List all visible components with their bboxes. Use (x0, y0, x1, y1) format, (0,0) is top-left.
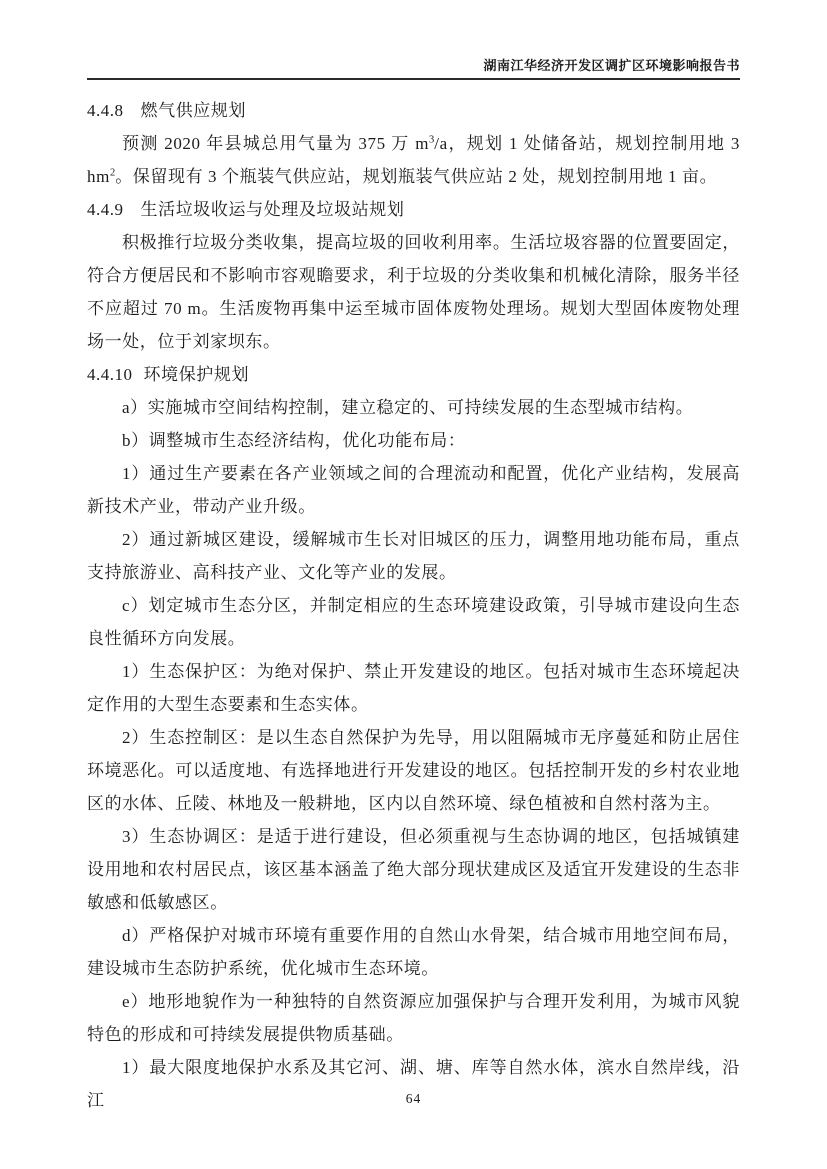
section-number: 4.4.10 (87, 365, 133, 384)
page-number: 64 (0, 1091, 827, 1107)
section-heading-4-4-8: 4.4.8燃气供应规划 (87, 94, 740, 127)
paragraph-item-a: a）实施城市空间结构控制，建立稳定的、可持续发展的生态型城市结构。 (87, 391, 740, 424)
paragraph-item-c-1: 1）生态保护区：为绝对保护、禁止开发建设的地区。包括对城市生态环境起决定作用的大… (87, 655, 740, 721)
section-number: 4.4.8 (87, 101, 124, 120)
paragraph-item-e-1: 1）最大限度地保护水系及其它河、湖、塘、库等自然水体，滨水自然岸线，沿江 (87, 1051, 740, 1117)
section-title: 生活垃圾收运与处理及垃圾站规划 (141, 200, 405, 219)
paragraph-gas-supply: 预测 2020 年县城总用气量为 375 万 m3/a，规划 1 处储备站，规划… (87, 127, 740, 193)
paragraph-item-d: d）严格保护对城市环境有重要作用的自然山水骨架，结合城市用地空间布局，建设城市生… (87, 919, 740, 985)
section-title: 燃气供应规划 (141, 101, 247, 120)
paragraph-item-e: e）地形地貌作为一种独特的自然资源应加强保护与合理开发利用，为城市风貌特色的形成… (87, 985, 740, 1051)
section-heading-4-4-9: 4.4.9生活垃圾收运与处理及垃圾站规划 (87, 193, 740, 226)
document-body: 4.4.8燃气供应规划 预测 2020 年县城总用气量为 375 万 m3/a，… (87, 94, 740, 1117)
paragraph-item-b-1: 1）通过生产要素在各产业领域之间的合理流动和配置，优化产业结构，发展高新技术产业… (87, 457, 740, 523)
header-running-title: 湖南江华经济开发区调扩区环境影响报告书 (87, 57, 740, 75)
paragraph-item-c: c）划定城市生态分区，并制定相应的生态环境建设政策，引导城市建设向生态良性循环方… (87, 589, 740, 655)
paragraph-waste-collection: 积极推行垃圾分类收集，提高垃圾的回收利用率。生活垃圾容器的位置要固定，符合方便居… (87, 226, 740, 358)
paragraph-item-c-3: 3）生态协调区：是适于进行建设，但必须重视与生态协调的地区，包括城镇建设用地和农… (87, 820, 740, 919)
paragraph-item-b: b）调整城市生态经济结构，优化功能布局： (87, 424, 740, 457)
paragraph-item-c-2: 2）生态控制区：是以生态自然保护为先导，用以阻隔城市无序蔓延和防止居住环境恶化。… (87, 721, 740, 820)
section-heading-4-4-10: 4.4.10环境保护规划 (87, 358, 740, 391)
document-page: 湖南江华经济开发区调扩区环境影响报告书 4.4.8燃气供应规划 预测 2020 … (0, 0, 827, 1169)
paragraph-item-b-2: 2）通过新城区建设，缓解城市生长对旧城区的压力，调整用地功能布局，重点支持旅游业… (87, 523, 740, 589)
section-title: 环境保护规划 (144, 365, 250, 384)
header-rule (87, 78, 740, 80)
page-header: 湖南江华经济开发区调扩区环境影响报告书 (87, 0, 740, 80)
section-number: 4.4.9 (87, 200, 124, 219)
